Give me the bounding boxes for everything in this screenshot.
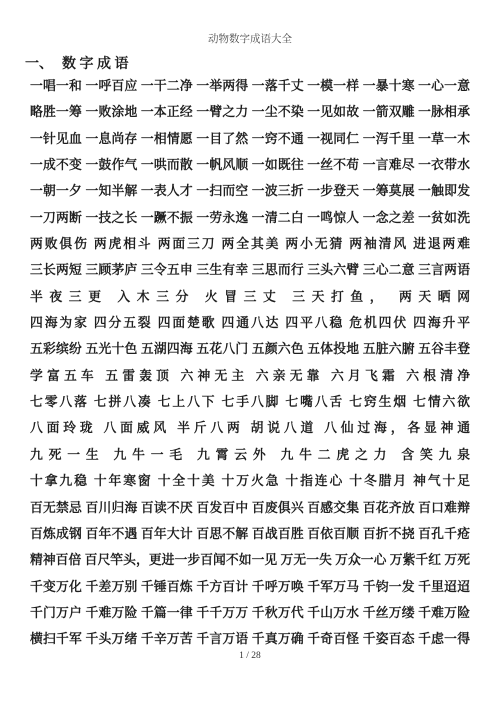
idiom-row: 四海为家 四分五裂 四面楚歌 四通八达 四平八稳 危机四伏 四海升平: [30, 310, 470, 336]
idiom-row: 八面玲珑 八面威风 半斤八两 胡说八道 八仙过海，各显神通: [30, 415, 470, 441]
idiom-row: 九死一生 九牛一毛 九霄云外 九牛二虎之力 含笑九泉: [30, 442, 470, 468]
document-title: 动物数字成语大全: [0, 33, 500, 46]
page-number: 1 / 28: [0, 651, 500, 661]
idiom-row: 一成不变 一鼓作气 一哄而散 一帆风顺 一如既往 一丝不苟 一言难尽 一衣带水: [30, 152, 470, 178]
idiom-row: 七零八落 七拼八凑 七上八下 七手八脚 七嘴八舌 七窍生烟 七情六欲: [30, 389, 470, 415]
idiom-row: 精神百倍 百尺竿头，更进一步百闻不如一见 万无一失 万众一心 万紫千红 万死一生: [30, 547, 470, 573]
idiom-row: 学富五车 五雷轰顶 六神无主 六亲无靠 六月飞霜 六根清净: [30, 363, 470, 389]
idiom-row: 一唱一和 一呼百应 一干二净 一举两得 一落千丈 一模一样 一暴十寒 一心一意: [30, 73, 470, 99]
document-page: 动物数字成语大全 一、数 字 成 语 一唱一和 一呼百应 一干二净 一举两得 一…: [0, 0, 500, 707]
section-number: 一、: [25, 57, 53, 72]
idiom-row: 横扫千军 千头万绪 千辛万苦 千言万语 千真万确 千奇百怪 千姿百态 千虑一得: [30, 626, 470, 652]
idiom-row: 五彩缤纷 五光十色 五湖四海 五花八门 五颜六色 五体投地 五脏六腑 五谷丰登: [30, 336, 470, 362]
idiom-row: 百无禁忌 百川归海 百读不厌 百发百中 百废俱兴 百感交集 百花齐放 百口难辩: [30, 495, 470, 521]
idiom-row: 两败俱伤 两虎相斗 两面三刀 两全其美 两小无猜 两袖清风 进退两难: [30, 231, 470, 257]
idiom-row: 三长两短 三顾茅庐 三令五申 三生有幸 三思而行 三头六臂 三心二意 三言两语: [30, 257, 470, 283]
idiom-row: 一朝一夕 一知半解 一表人才 一扫而空 一波三折 一步登天 一筹莫展 一触即发: [30, 178, 470, 204]
idiom-row: 半夜三更 入木三分 火冒三丈 三天打鱼， 两天晒网: [30, 284, 470, 310]
idiom-row: 一刀两断 一技之长 一蹶不振 一劳永逸 一清二白 一鸣惊人 一念之差 一贫如洗: [30, 205, 470, 231]
section-heading: 一、数 字 成 语: [25, 56, 470, 73]
idiom-row: 十拿九稳 十年寒窗 十全十美 十万火急 十指连心 十冬腊月 神气十足: [30, 468, 470, 494]
idiom-row: 千变万化 千差万别 千锤百炼 千方百计 千呼万唤 千军万马 千钧一发 千里迢迢: [30, 574, 470, 600]
idiom-row: 一针见血 一息尚存 一相情愿 一目了然 一窍不通 一视同仁 一泻千里 一草一木: [30, 126, 470, 152]
idiom-row: 千门万户 千难万险 千篇一律 千千万万 千秋万代 千山万水 千丝万缕 千难万险: [30, 600, 470, 626]
idiom-rows: 一唱一和 一呼百应 一干二净 一举两得 一落千丈 一模一样 一暴十寒 一心一意略…: [30, 73, 470, 653]
section-title: 数 字 成 语: [62, 57, 129, 72]
idiom-row: 略胜一筹 一败涂地 一本正经 一臂之力 一尘不染 一见如故 一箭双雕 一脉相承: [30, 99, 470, 125]
idiom-row: 百炼成钢 百年不遇 百年大计 百思不解 百战百胜 百依百顺 百折不挠 百孔千疮: [30, 521, 470, 547]
